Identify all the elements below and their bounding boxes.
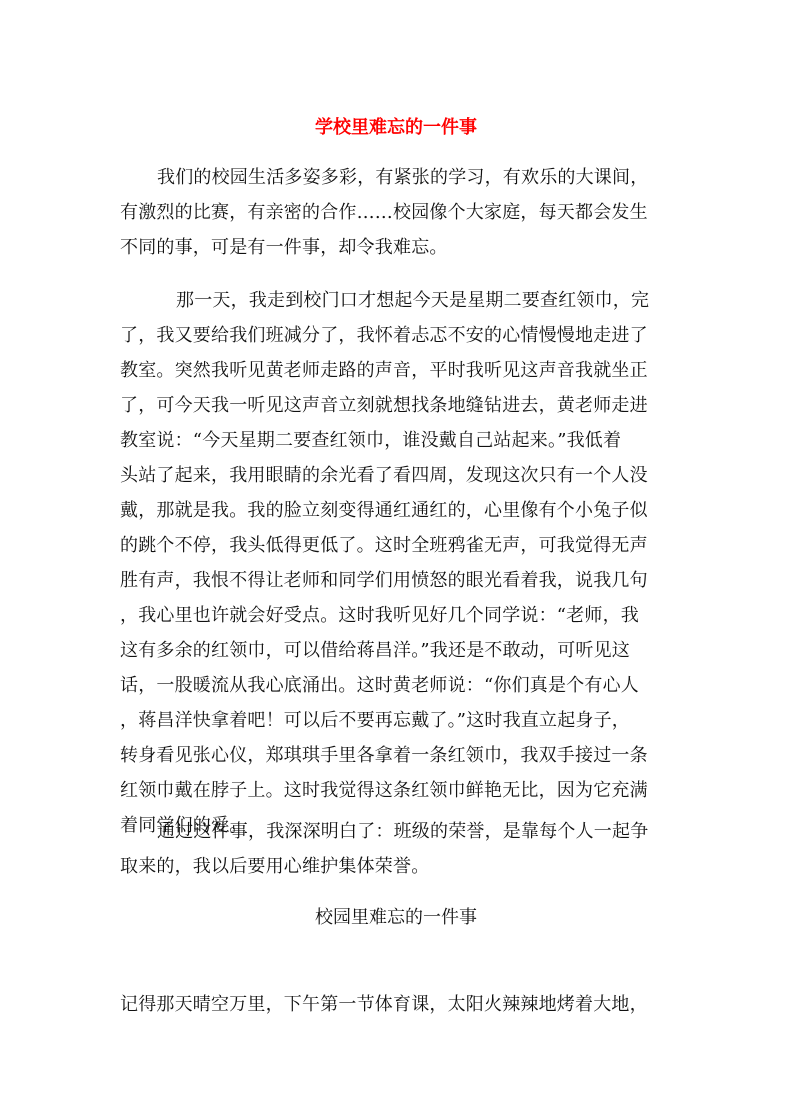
text-line: 头站了起来，我用眼睛的余光看了看四周，发现这次只有一个人没 — [120, 458, 672, 493]
text-line: ，蒋昌洋快拿着吧！可以后不要再忘戴了。”这时我直立起身子， — [120, 703, 672, 738]
text-line: 了，可今天我一听见这声音立刻就想找条地缝钻进去，黄老师走进 — [120, 388, 672, 423]
text-line: 我们的校园生活多姿多彩，有紧张的学习，有欢乐的大课间， — [120, 160, 672, 195]
text-line: 的跳个不停，我头低得更低了。这时全班鸦雀无声，可我觉得无声 — [120, 528, 672, 563]
text-line: 红领巾戴在脖子上。这时我觉得这条红领巾鲜艳无比，因为它充满 — [120, 773, 672, 808]
text-line: 戴，那就是我。我的脸立刻变得通红通红的，心里像有个小兔子似 — [120, 493, 672, 528]
text-line: 转身看见张心仪，郑琪琪手里各拿着一条红领巾，我双手接过一条 — [120, 738, 672, 773]
paragraph-second-story: 记得那天晴空万里，下午第一节体育课，太阳火辣辣地烤着大地， — [120, 987, 672, 1022]
text-line: 不同的事，可是有一件事，却令我难忘。 — [120, 230, 672, 265]
text-line: 胜有声，我恨不得让老师和同学们用愤怒的眼光看着我，说我几句 — [120, 563, 672, 598]
text-line: 记得那天晴空万里，下午第一节体育课，太阳火辣辣地烤着大地， — [120, 987, 672, 1022]
text-line: 有激烈的比赛，有亲密的合作……校园像个大家庭，每天都会发生 — [120, 195, 672, 230]
document-page: 学校里难忘的一件事 我们的校园生活多姿多彩，有紧张的学习，有欢乐的大课间， 有激… — [0, 0, 792, 1120]
paragraph-conclusion: 通过这件事，我深深明白了：班级的荣誉，是靠每个人一起争 取来的，我以后要用心维护… — [120, 814, 672, 884]
paragraph-intro: 我们的校园生活多姿多彩，有紧张的学习，有欢乐的大课间， 有激烈的比赛，有亲密的合… — [120, 160, 672, 265]
text-line: 话，一股暖流从我心底涌出。这时黄老师说：“你们真是个有心人 — [120, 668, 672, 703]
text-line: 这有多余的红领巾，可以借给蒋昌洋。”我还是不敢动，可听见这 — [120, 633, 672, 668]
document-title: 学校里难忘的一件事 — [0, 116, 792, 140]
section-subtitle: 校园里难忘的一件事 — [0, 906, 792, 930]
text-line: 取来的，我以后要用心维护集体荣誉。 — [120, 849, 672, 884]
text-line: 那一天，我走到校门口才想起今天是星期二要查红领巾，完 — [120, 283, 672, 318]
text-line: ，我心里也许就会好受点。这时我听见好几个同学说：“老师，我 — [120, 598, 672, 633]
text-line: 了，我又要给我们班减分了，我怀着忐忑不安的心情慢慢地走进了 — [120, 318, 672, 353]
paragraph-story: 那一天，我走到校门口才想起今天是星期二要查红领巾，完 了，我又要给我们班减分了，… — [120, 283, 672, 843]
text-line: 教室。突然我听见黄老师走路的声音，平时我听见这声音我就坐正 — [120, 353, 672, 388]
text-line: 通过这件事，我深深明白了：班级的荣誉，是靠每个人一起争 — [120, 814, 672, 849]
text-line: 教室说：“今天星期二要查红领巾，谁没戴自己站起来。”我低着 — [120, 423, 672, 458]
